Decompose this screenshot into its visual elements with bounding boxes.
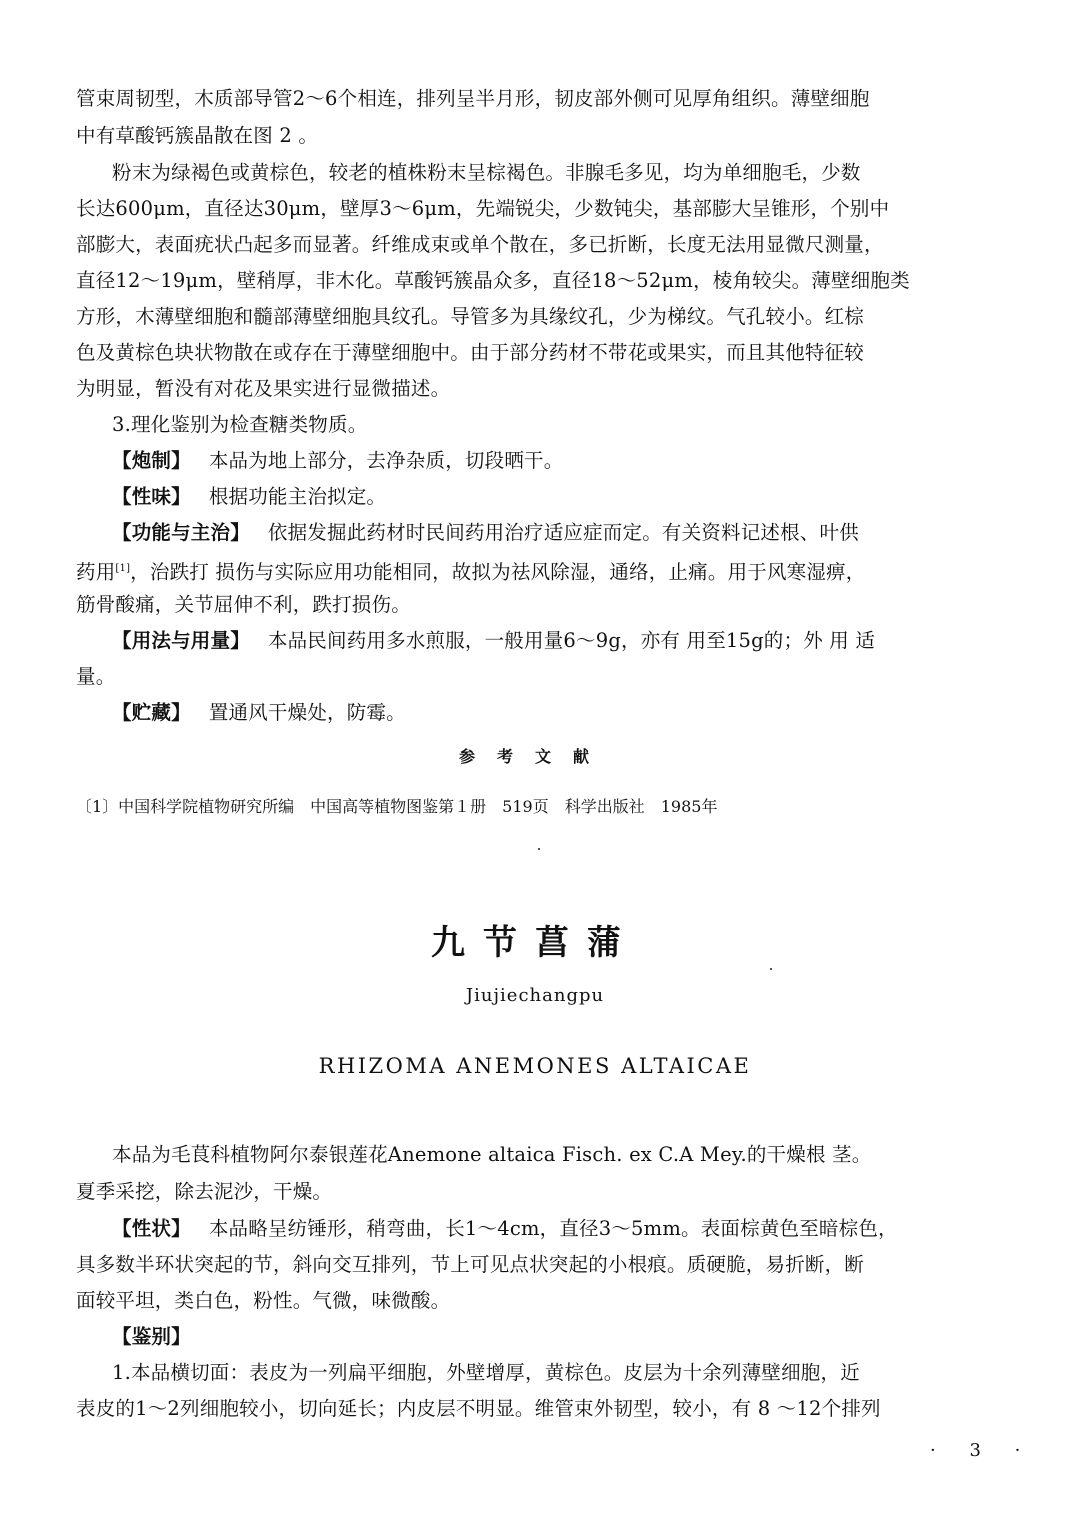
paragraph-line: 直径12～19μm，壁稍厚，非木化。草酸钙簇晶众多，直径18～52μm，棱角较尖… <box>76 268 1020 294</box>
intro-line: 本品为毛茛科植物阿尔泰银莲花Anemone altaica Fisch. ex … <box>112 1142 1020 1168</box>
paragraph-line: 面较平坦，类白色，粉性。气微，味微酸。 <box>76 1288 1020 1314</box>
paragraph-line: 长达600μm，直径达30μm，壁厚3～6μm，先端锐尖，少数钝尖，基部膨大呈锥… <box>76 196 1020 222</box>
paragraph-line: 色及黄棕色块状物散在或存在于薄壁细胞中。由于部分药材不带花或果实，而且其他特征较 <box>76 340 1020 366</box>
identification-heading: 【鉴别】 <box>112 1324 1020 1350</box>
section-heading: 【功能与主治】 <box>112 521 250 544</box>
paragraph-line: 1.本品横切面：表皮为一列扁平细胞，外壁增厚，黄棕色。皮层为十余列薄壁细胞，近 <box>112 1360 1020 1386</box>
paragraph-line: 量。 <box>76 664 1020 690</box>
section-heading: 【性味】 <box>112 485 191 508</box>
entry-title-latin: RHIZOMA ANEMONES ALTAICAE <box>0 1054 1070 1078</box>
section-heading: 【用法与用量】 <box>112 629 250 652</box>
section-text: 本品略呈纺锤形，稍弯曲，长1～4cm，直径3～5mm。表面棕黄色至暗棕色， <box>209 1217 898 1240</box>
reference-mark[interactable]: [1] <box>115 563 130 574</box>
section-text: ，治跌打 损伤与实际应用功能相同，故拟为祛风除湿，通络，止痛。用于风寒湿痹， <box>130 561 865 584</box>
function-section: 【功能与主治】依据发掘此药材时民间药用治疗适应症而定。有关资料记述根、叶供 <box>112 520 1020 546</box>
section-text: 置通风干燥处，防霉。 <box>209 701 406 724</box>
document-page: 管束周韧型，木质部导管2～6个相连，排列呈半月形，韧皮部外侧可见厚角组织。薄壁细… <box>0 0 1070 1514</box>
section-text: 依据发掘此药材时民间药用治疗适应症而定。有关资料记述根、叶供 <box>268 521 859 544</box>
paragraph-line: 筋骨酸痛，关节屈伸不利，跌打损伤。 <box>76 592 1020 618</box>
paragraph-line: 方形，木薄壁细胞和髓部薄壁细胞具纹孔。导管多为具缘纹孔，少为梯纹。气孔较小。红棕 <box>76 304 1020 330</box>
section-text: 本品民间药用多水煎服，一般用量6～9g，亦有 用至15g的；外 用 适 <box>268 629 875 652</box>
section-text: 药用 <box>76 561 115 584</box>
scan-speck <box>770 968 772 970</box>
paragraph-line: 药用[1]，治跌打 损伤与实际应用功能相同，故拟为祛风除湿，通络，止痛。用于风寒… <box>76 556 1020 586</box>
processing-section: 【炮制】本品为地上部分，去净杂质，切段晒干。 <box>112 448 1020 474</box>
reference-item: 〔1〕中国科学院植物研究所编 中国高等植物图鉴第１册 519页 科学出版社 19… <box>76 796 717 818</box>
usage-section: 【用法与用量】本品民间药用多水煎服，一般用量6～9g，亦有 用至15g的；外 用… <box>112 628 1020 654</box>
paragraph-line: 管束周韧型，木质部导管2～6个相连，排列呈半月形，韧皮部外侧可见厚角组织。薄壁细… <box>76 86 1020 112</box>
entry-title-pinyin: Jiujiechangpu <box>0 985 1070 1006</box>
section-text: 本品为地上部分，去净杂质，切段晒干。 <box>209 449 564 472</box>
section-heading: 【性状】 <box>112 1217 191 1240</box>
paragraph-line: 为明显，暂没有对花及果实进行显微描述。 <box>76 376 1020 402</box>
taste-section: 【性味】根据功能主治拟定。 <box>112 484 1020 510</box>
section-text: 根据功能主治拟定。 <box>209 485 386 508</box>
storage-section: 【贮藏】置通风干燥处，防霉。 <box>112 700 1020 726</box>
section-heading: 【鉴别】 <box>112 1325 191 1348</box>
section-heading: 【贮藏】 <box>112 701 191 724</box>
paragraph-line: 具多数半环状突起的节，斜向交互排列，节上可见点状突起的小根痕。质硬脆，易折断，断 <box>76 1252 1020 1278</box>
paragraph-line: 3.理化鉴别为检查糖类物质。 <box>112 412 1020 438</box>
scan-speck <box>538 848 540 850</box>
page-number: · 3 · <box>930 1440 1034 1461</box>
paragraph-line: 中有草酸钙簇晶散在图 2 。 <box>76 123 1020 149</box>
entry-title-chinese: 九节菖蒲 <box>0 915 1070 964</box>
references-title: 参考文献 <box>0 744 1070 767</box>
paragraph-line: 粉末为绿褐色或黄棕色，较老的植株粉末呈棕褐色。非腺毛多见，均为单细胞毛，少数 <box>112 160 1020 186</box>
paragraph-line: 部膨大，表面疣状凸起多而显著。纤维成束或单个散在，多已折断，长度无法用显微尺测量… <box>76 232 1020 258</box>
intro-line: 夏季采挖，除去泥沙，干燥。 <box>76 1179 1020 1205</box>
paragraph-line: 表皮的1～2列细胞较小，切向延长；内皮层不明显。维管束外韧型，较小，有 8 ～1… <box>76 1396 1020 1422</box>
section-heading: 【炮制】 <box>112 449 191 472</box>
character-section: 【性状】本品略呈纺锤形，稍弯曲，长1～4cm，直径3～5mm。表面棕黄色至暗棕色… <box>112 1216 1020 1242</box>
